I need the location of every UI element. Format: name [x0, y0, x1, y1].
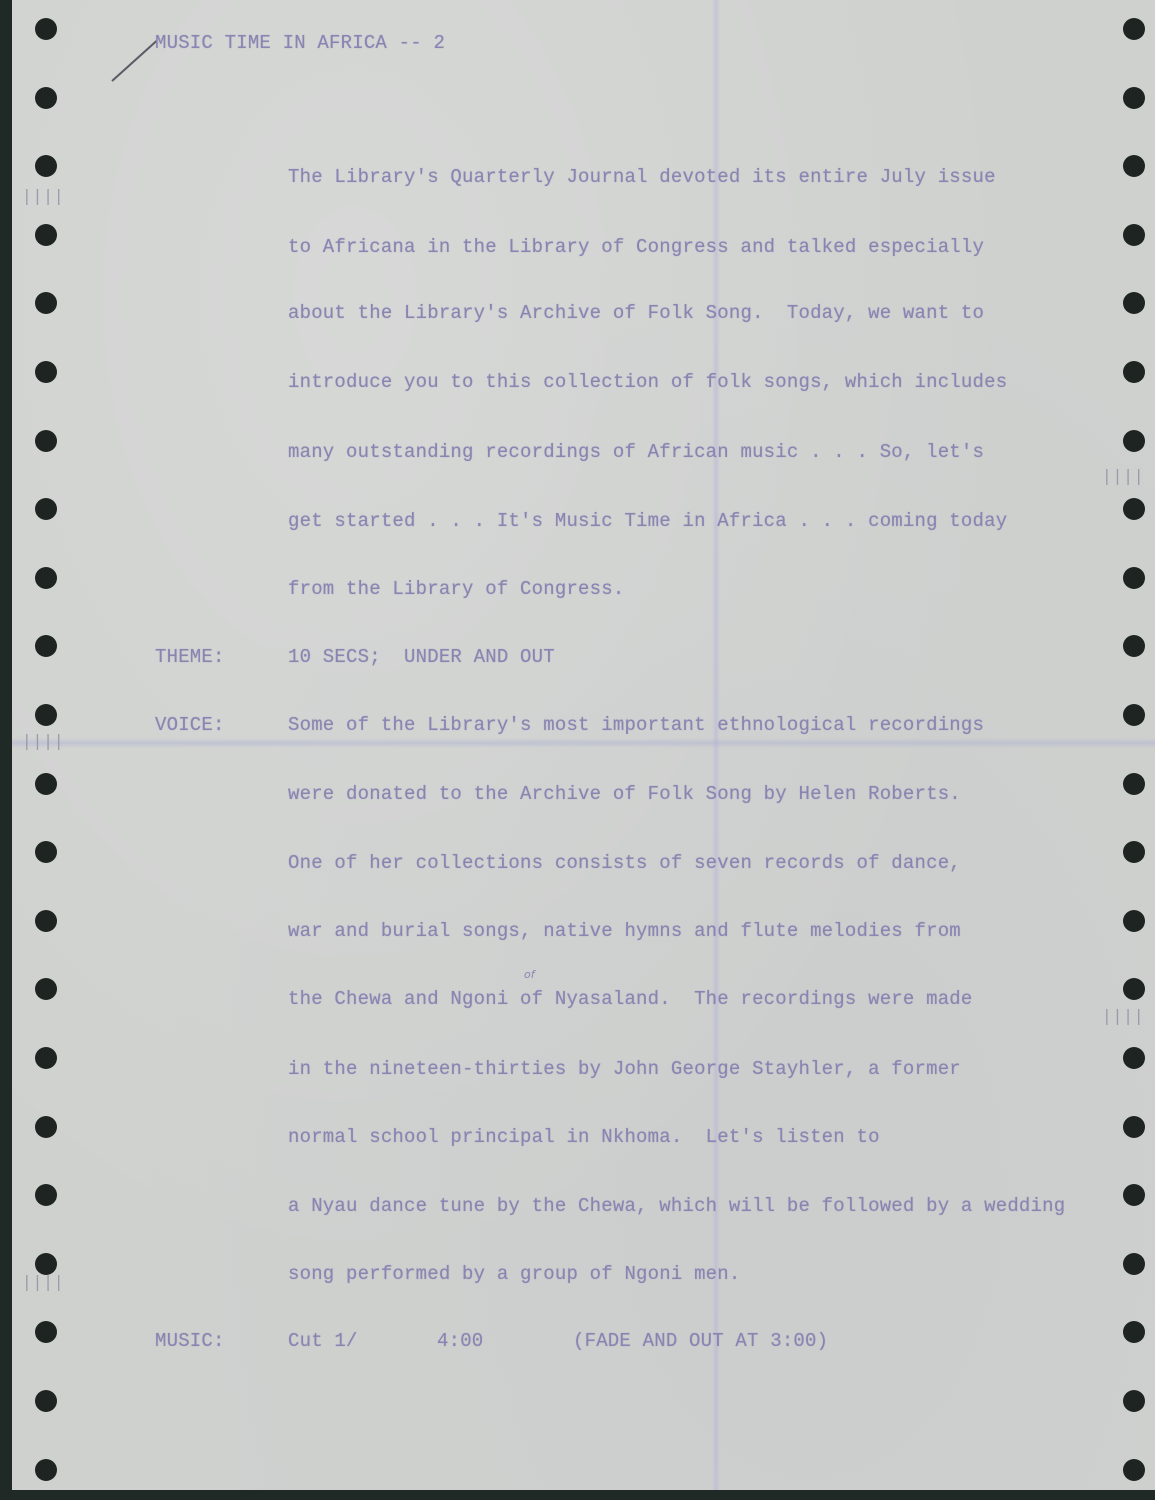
tractor-feed-hole	[1123, 18, 1145, 40]
tractor-feed-hole	[1123, 773, 1145, 795]
tractor-feed-hole	[1123, 1321, 1145, 1343]
margin-tick-mark: ||||	[1102, 1006, 1145, 1025]
tractor-feed-hole	[35, 1047, 57, 1069]
tractor-feed-hole	[35, 224, 57, 246]
tractor-feed-hole	[1123, 978, 1145, 1000]
tractor-feed-hole	[1123, 155, 1145, 177]
music-note: (FADE AND OUT AT 3:00)	[573, 1330, 828, 1352]
tractor-feed-hole	[35, 1321, 57, 1343]
tractor-feed-hole	[1123, 1116, 1145, 1138]
tractor-feed-hole	[35, 910, 57, 932]
theme-cue-text: 10 SECS; UNDER AND OUT	[288, 646, 555, 668]
voice-cue-text: Some of the Library's most important eth…	[288, 714, 984, 736]
text-line: war and burial songs, native hymns and f…	[288, 920, 961, 942]
horizontal-fold-crease	[12, 738, 1155, 748]
tractor-feed-hole	[1123, 635, 1145, 657]
music-duration: 4:00	[437, 1330, 483, 1352]
margin-tick-mark: ||||	[22, 731, 65, 750]
tractor-feed-hole	[35, 567, 57, 589]
text-line: the Chewa and Ngoni of Nyasaland. The re…	[288, 988, 973, 1010]
text-line: about the Library's Archive of Folk Song…	[288, 302, 984, 324]
handwritten-annotation: of	[524, 968, 535, 981]
tractor-feed-hole	[35, 978, 57, 1000]
tractor-feed-hole	[1123, 1253, 1145, 1275]
tractor-feed-hole	[1123, 1184, 1145, 1206]
tractor-feed-hole	[35, 361, 57, 383]
margin-tick-mark: ||||	[22, 186, 65, 205]
music-cue-label: MUSIC:	[155, 1330, 225, 1352]
text-line: were donated to the Archive of Folk Song…	[288, 783, 961, 805]
tractor-feed-hole	[35, 704, 57, 726]
voice-cue-label: VOICE:	[155, 714, 225, 736]
margin-tick-mark: ||||	[1102, 466, 1145, 485]
text-line: get started . . . It's Music Time in Afr…	[288, 510, 1007, 532]
tractor-feed-hole	[35, 1116, 57, 1138]
tractor-feed-hole	[1123, 1390, 1145, 1412]
tractor-feed-hole	[1123, 430, 1145, 452]
tractor-feed-hole	[35, 841, 57, 863]
tractor-feed-hole	[35, 1253, 57, 1275]
tractor-feed-hole	[35, 498, 57, 520]
page-header: MUSIC TIME IN AFRICA -- 2	[155, 32, 445, 54]
theme-cue-label: THEME:	[155, 646, 225, 668]
text-line: song performed by a group of Ngoni men.	[288, 1263, 740, 1285]
tractor-feed-hole	[1123, 361, 1145, 383]
text-line: introduce you to this collection of folk…	[288, 371, 1007, 393]
tractor-feed-hole	[35, 155, 57, 177]
music-cut: Cut 1/	[288, 1330, 358, 1352]
tractor-feed-hole	[35, 635, 57, 657]
tractor-feed-hole	[35, 292, 57, 314]
text-line: One of her collections consists of seven…	[288, 852, 961, 874]
text-line: from the Library of Congress.	[288, 578, 624, 600]
tractor-feed-hole	[1123, 910, 1145, 932]
tractor-feed-hole	[35, 1459, 57, 1481]
tractor-feed-hole	[35, 18, 57, 40]
text-line: in the nineteen-thirties by John George …	[288, 1058, 961, 1080]
tractor-feed-hole	[1123, 224, 1145, 246]
tractor-feed-hole	[1123, 704, 1145, 726]
tractor-feed-hole	[1123, 567, 1145, 589]
tractor-feed-hole	[1123, 1459, 1145, 1481]
tractor-feed-hole	[35, 87, 57, 109]
text-line: many outstanding recordings of African m…	[288, 441, 984, 463]
tractor-feed-hole	[35, 1390, 57, 1412]
tractor-feed-hole	[35, 1184, 57, 1206]
tractor-feed-hole	[1123, 87, 1145, 109]
tractor-feed-hole	[1123, 841, 1145, 863]
tractor-feed-hole	[1123, 292, 1145, 314]
text-line: The Library's Quarterly Journal devoted …	[288, 166, 996, 188]
tractor-feed-hole	[35, 773, 57, 795]
text-line: to Africana in the Library of Congress a…	[288, 236, 984, 258]
tractor-feed-hole	[35, 430, 57, 452]
pen-mark	[111, 40, 157, 82]
tractor-feed-hole	[1123, 1047, 1145, 1069]
text-line: a Nyau dance tune by the Chewa, which wi…	[288, 1195, 1065, 1217]
text-line: normal school principal in Nkhoma. Let's…	[288, 1126, 880, 1148]
tractor-feed-hole	[1123, 498, 1145, 520]
